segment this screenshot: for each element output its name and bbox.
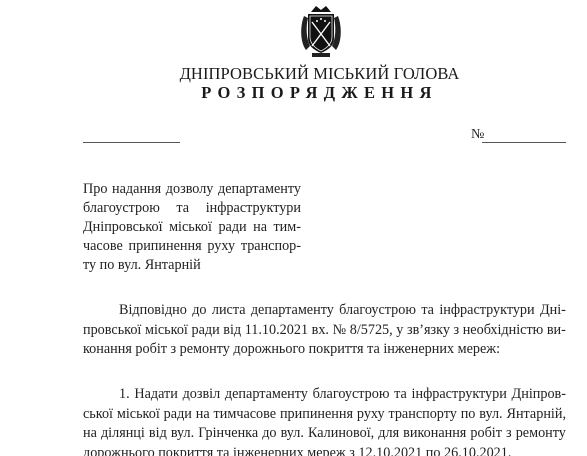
paragraph-line: конання робіт з ремонту дорожнього покри… <box>83 340 566 360</box>
paragraph-line: наділянцівідвул.Грінченкадовул.Калинової… <box>83 424 566 444</box>
coat-of-arms-icon <box>298 2 344 60</box>
number-label: № <box>471 127 484 143</box>
paragraph-line: 1.Надатидозвілдепартаментублагоустроютаі… <box>83 385 566 405</box>
document-type-title: РОЗПОРЯДЖЕННЯ <box>0 83 587 103</box>
paragraph-line: дорожнього покриття та інженерних мереж … <box>83 444 566 456</box>
paragraph-line: провськоїміськоїрадивід11.10.2021вх.№8/5… <box>83 321 566 341</box>
paragraph-line: Відповіднодолистадепартаментублагоустрою… <box>83 301 566 321</box>
subject-line: благоустрою та інфраструктури <box>83 199 301 218</box>
document-subject: Про надання дозволу департаменту благоус… <box>83 180 301 275</box>
subject-line: Дніпровської міської ради на тим- <box>83 218 301 237</box>
subject-line: ту по вул. Янтарній <box>83 256 301 275</box>
issuing-authority: ДНІПРОВСЬКИЙ МІСЬКИЙ ГОЛОВА <box>0 64 587 84</box>
number-field-line <box>482 142 566 143</box>
order-item-1: 1.Надатидозвілдепартаментублагоустроютаі… <box>83 385 566 456</box>
date-field-line <box>83 142 180 143</box>
subject-line: часове припинення руху транспор- <box>83 237 301 256</box>
subject-line: Про надання дозволу департаменту <box>83 180 301 199</box>
paragraph-line: ськоїміськоїрадинатимчасовеприпиненнярух… <box>83 405 566 425</box>
preamble-paragraph: Відповіднодолистадепартаментублагоустрою… <box>83 301 566 360</box>
